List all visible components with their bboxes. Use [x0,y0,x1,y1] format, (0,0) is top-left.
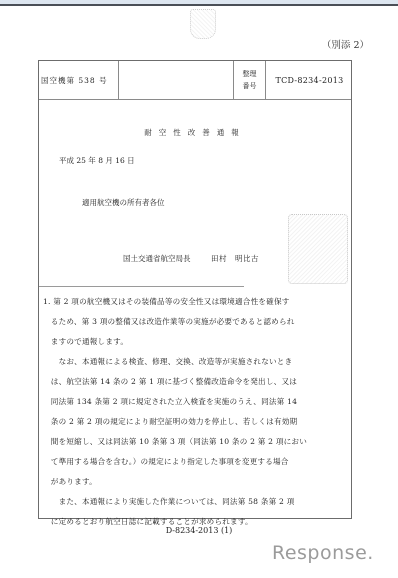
seal-watermark-icon [190,9,216,39]
body-line: るため、第 3 項の整備又は改造作業等の実施が必要であると認められ [43,312,349,332]
reference-code: TCD-8234-2013 [266,61,353,99]
body-line: 間を短縮し、又は同法第 10 条第 3 項（同法第 10 条の 2 第 2 項に… [43,432,349,452]
reference-label-line1: 整理 [243,68,257,80]
reference-number-label: 整理 番号 [234,61,266,99]
section-divider [39,286,244,287]
attachment-label: （別添 2） [322,37,369,51]
body-line: 1. 第 2 項の航空機又はその装備品等の安全性又は環境適合性を確保す [43,292,349,312]
notice-title: 耐空性改善通報 [39,127,351,138]
notice-date: 平成 25 年 8 月 16 日 [59,155,135,166]
body-line: なお、本通報による検査、修理、交換、改造等が実施されないとき [43,352,349,372]
issuer-name: 田村 明比古 [211,253,259,264]
page-code: D-8234-2013 (1) [0,526,398,535]
reference-label-line2: 番号 [243,80,257,92]
top-border-bar [0,0,398,6]
body-line: て準用する場合を含む。）の規定により指定した事項を変更する場合 [43,452,349,472]
issuer-title: 国土交通省航空局長 [123,253,191,264]
document-number: 国空機第 538 号 [39,61,119,99]
notice-body: 1. 第 2 項の航空機又はその装備品等の安全性又は環境適合性を確保す るため、… [43,292,349,532]
header-row: 国空機第 538 号 整理 番号 TCD-8234-2013 [39,61,351,100]
body-line: があります。 [43,472,349,492]
body-line: ますので通報します。 [43,332,349,352]
body-line: また、本通報により実施した作業については、同法第 58 条第 2 項 [43,492,349,512]
notice-document-frame: 国空機第 538 号 整理 番号 TCD-8234-2013 耐空性改善通報 平… [38,60,352,519]
body-line: 同法第 134 条第 2 項に規定された立入検査を実施のうえ、同法第 14 [43,392,349,412]
addressee: 適用航空機の所有者各位 [82,197,165,208]
header-blank-cell [119,61,234,99]
response-watermark-logo: Response. [272,542,374,564]
official-seal-icon [288,214,348,284]
body-line: は、航空法第 14 条の 2 第 1 項に基づく整備改造命令を発出し、又は [43,372,349,392]
body-line: 条の 2 第 2 項の規定により耐空証明の効力を停止し、若しくは有効期 [43,412,349,432]
